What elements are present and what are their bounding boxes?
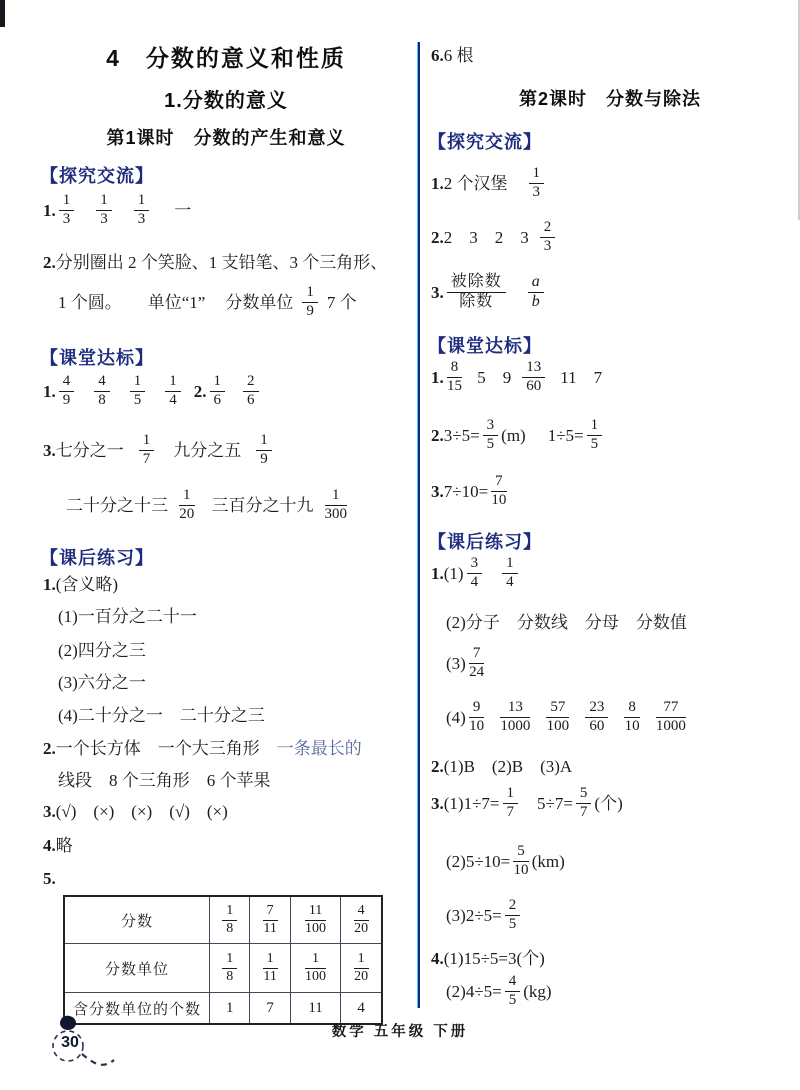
table-row-label: 分数 — [64, 896, 210, 944]
fraction: 2360 — [585, 700, 608, 735]
answer-line: 1.131313一 — [43, 195, 191, 230]
section-header-explore: 【探究交流】 — [40, 162, 154, 188]
answer-text: 4 — [357, 1000, 365, 1016]
answer-line: 3.(1)1÷7=175÷7=57(个) — [431, 788, 623, 823]
fraction: 19 — [302, 285, 318, 320]
answer-text: (2)分子 分数线 分母 分数值 — [446, 613, 687, 632]
answer-text: 2 3 2 3 — [444, 228, 529, 247]
answer-text: 一 — [174, 201, 191, 220]
answer-text: 单位“1” — [148, 293, 206, 312]
answer-line: 3.7÷10=710 — [431, 476, 510, 511]
answer-line: 3.(√) (×) (×) (√) (×) — [43, 801, 228, 822]
answer-line: (4)二十分之一 二十分之三 — [58, 705, 265, 726]
item-number: 3. — [43, 441, 56, 460]
dashed-trail — [82, 1054, 114, 1065]
item-number: 1. — [43, 201, 56, 220]
fraction: 771000 — [656, 700, 686, 735]
fraction: 17 — [139, 433, 155, 468]
fraction: 815 — [447, 360, 463, 395]
answer-text: (√) (×) (×) (√) (×) — [56, 802, 228, 821]
table-row-label: 分数单位 — [64, 944, 210, 993]
answer-line: 1.(含义略) — [43, 574, 118, 595]
answer-text: 3÷5= — [444, 426, 480, 445]
fraction: 13 — [96, 193, 112, 228]
column-divider — [417, 42, 420, 1008]
page-number: 30 — [38, 1012, 148, 1084]
item-number: 2. — [431, 426, 444, 445]
left-column: 4 分数的意义和性质 1.分数的意义 第1课时 分数的产生和意义 【探究交流】 … — [40, 40, 412, 1040]
fraction: 710 — [491, 474, 507, 509]
answer-text: (3)2÷5= — [446, 906, 502, 925]
fraction: 57 — [576, 786, 592, 821]
answer-line: 4.略 — [43, 835, 73, 856]
answer-text: (1)15÷5=3(个) — [444, 949, 545, 968]
answer-line: (3)六分之一 — [58, 672, 146, 693]
item-number: 3. — [43, 802, 56, 821]
answer-line: 1 个圆。单位“1”分数单位197 个 — [58, 287, 357, 322]
answer-text: (2)4÷5= — [446, 982, 502, 1001]
lesson-title: 第2课时 分数与除法 — [428, 85, 792, 111]
unit-title: 1.分数的意义 — [40, 84, 412, 113]
answer-line: 3.七分之一17九分之五19 — [43, 435, 275, 470]
answer-line: (2)四分之三 — [58, 640, 146, 661]
answer-text: 7÷10= — [444, 482, 488, 501]
fraction: 13 — [134, 193, 150, 228]
answer-text: (2)5÷10= — [446, 852, 510, 871]
right-column: 6.6 根 第2课时 分数与除法 【探究交流】 1.2 个汉堡13 2.2 3 … — [428, 40, 792, 1040]
answer-text: (3)六分之一 — [58, 673, 146, 692]
fraction: 15 — [587, 418, 603, 453]
fraction: 25 — [505, 898, 521, 933]
fraction: 910 — [469, 700, 485, 735]
answer-text: 九分之五 — [173, 441, 241, 460]
item-number: 3. — [431, 283, 444, 302]
fraction: 18 — [222, 952, 237, 984]
answer-line: (3)2÷5=25 — [446, 900, 523, 935]
answer-text: (1)B (2)B (3)A — [444, 757, 572, 776]
item-number: 5. — [43, 869, 56, 888]
item-number: 3. — [431, 794, 444, 813]
fraction: 57100 — [546, 700, 569, 735]
section-header-class: 【课堂达标】 — [428, 332, 542, 358]
answer-line: 线段 8 个三角形 6 个苹果 — [58, 770, 271, 791]
fraction: 16 — [210, 374, 226, 409]
answer-text: (含义略) — [56, 575, 118, 594]
answer-text: (1)1÷7= — [444, 794, 500, 813]
fraction: 26 — [243, 374, 259, 409]
item-number: 2. — [43, 253, 56, 272]
fraction: 1300 — [325, 488, 348, 523]
answer-text: (个) — [594, 794, 622, 813]
answer-text: (3) — [446, 654, 466, 673]
table-cell: 11100 — [290, 896, 340, 944]
item-number: 2. — [431, 757, 444, 776]
answer-text: (m) — [501, 426, 526, 445]
answer-line: 2.(1)B (2)B (3)A — [431, 756, 572, 777]
fraction: 810 — [624, 700, 640, 735]
item-number: 1. — [431, 368, 444, 387]
answer-text: 7 个 — [327, 293, 357, 312]
item-number: 1. — [431, 174, 444, 193]
answer-text: 七分之一 — [56, 441, 124, 460]
answer-text: 略 — [56, 836, 73, 855]
fraction: 14 — [165, 374, 181, 409]
fraction: 1360 — [522, 360, 545, 395]
answer-text: 5 9 — [477, 368, 511, 387]
item-number: 2. — [431, 228, 444, 247]
answer-line: 2.3÷5=35(m)1÷5=15 — [431, 420, 605, 455]
answer-text: 7 — [266, 1000, 274, 1016]
answer-text: (1) — [444, 564, 464, 583]
answer-text: (2)四分之三 — [58, 641, 146, 660]
lesson-title: 第1课时 分数的产生和意义 — [40, 124, 412, 150]
fraction: 420 — [354, 904, 369, 936]
answer-line: 5. — [43, 868, 56, 889]
item-number: 4. — [43, 836, 56, 855]
fraction: 45 — [505, 974, 521, 1009]
fraction: 724 — [469, 646, 485, 681]
answer-text: 6 根 — [444, 46, 474, 65]
section-header-explore: 【探究交流】 — [428, 128, 542, 154]
fraction: 23 — [540, 220, 556, 255]
fraction-units-table: 分数1871111100420分数单位181111100120含分数单位的个数1… — [63, 895, 383, 1025]
answer-line: 1.2 个汉堡13 — [431, 168, 547, 203]
table-cell: 18 — [210, 944, 250, 993]
answer-text: 二十分之十三 — [66, 496, 168, 515]
answer-text: 一个长方体 一个大三角形 — [56, 739, 277, 758]
fraction: 510 — [513, 844, 529, 879]
item-number: 2. — [43, 739, 56, 758]
item-number: 1. — [43, 575, 56, 594]
fraction: 11100 — [305, 904, 326, 936]
section-header-homework: 【课后练习】 — [428, 528, 542, 554]
answer-text: 分别圈出 2 个笑脸、1 支铅笔、3 个三角形、 — [56, 253, 388, 272]
answer-text: 11 7 — [560, 368, 602, 387]
answer-text: 一条最长的 — [277, 739, 362, 758]
fraction: 18 — [222, 904, 237, 936]
answer-text: 2 个汉堡 — [444, 174, 508, 193]
table-cell: 1100 — [290, 944, 340, 993]
answer-line: 3.被除数除数ab — [431, 276, 547, 313]
fraction: 711 — [263, 904, 278, 936]
answer-text: (1)一百分之二十一 — [58, 607, 197, 626]
table-cell: 120 — [341, 944, 382, 993]
answer-line: 4.(1)15÷5=3(个) — [431, 948, 545, 969]
answer-line: (4)910131000571002360810771000 — [446, 702, 689, 737]
answer-line: 1.8155 9136011 7 — [431, 362, 602, 397]
answer-text: 线段 8 个三角形 6 个苹果 — [58, 771, 271, 790]
answer-text: 5÷7= — [537, 794, 573, 813]
fraction: 17 — [503, 786, 519, 821]
answer-line: 2.分别圈出 2 个笑脸、1 支铅笔、3 个三角形、 — [43, 252, 387, 273]
item-number: 1. — [431, 564, 444, 583]
fraction: 48 — [94, 374, 110, 409]
answer-line: (1)一百分之二十一 — [58, 606, 197, 627]
answer-text: (4)二十分之一 二十分之三 — [58, 706, 265, 725]
section-header-class: 【课堂达标】 — [40, 344, 154, 370]
answer-text: 三百分之十九 — [212, 496, 314, 515]
fraction: ab — [528, 274, 544, 311]
answer-line: 6.6 根 — [431, 45, 474, 66]
item-number: 4. — [431, 949, 444, 968]
answer-line: (2)分子 分数线 分母 分数值 — [446, 612, 687, 633]
answer-line: (2)4÷5=45(kg) — [446, 976, 552, 1011]
answer-text: 1 — [226, 1000, 234, 1016]
answer-text: (kg) — [523, 982, 551, 1001]
fraction: 14 — [502, 556, 518, 591]
table-cell: 111 — [250, 944, 290, 993]
answer-line: 1.494815142.1626 — [43, 376, 262, 411]
answer-line: (2)5÷10=510(km) — [446, 846, 565, 881]
item-number: 1. — [43, 382, 56, 401]
table-cell: 18 — [210, 896, 250, 944]
fraction: 1100 — [305, 952, 326, 984]
fraction: 13 — [59, 193, 75, 228]
section-header-homework: 【课后练习】 — [40, 544, 154, 570]
answer-line: (3)724 — [446, 648, 487, 683]
fraction: 19 — [256, 433, 272, 468]
fraction: 111 — [263, 952, 278, 984]
table-cell: 711 — [250, 896, 290, 944]
fraction: 49 — [59, 374, 75, 409]
fraction: 15 — [130, 374, 146, 409]
answer-text: (km) — [532, 852, 565, 871]
answer-text: 1÷5= — [548, 426, 584, 445]
answer-line: 二十分之十三120三百分之十九1300 — [66, 490, 350, 525]
fraction: 120 — [179, 488, 195, 523]
table-row: 分数1871111100420 — [64, 896, 382, 944]
answer-line: 1.(1)3414 — [431, 558, 521, 593]
item-number: 6. — [431, 46, 444, 65]
answer-text: 11 — [308, 1000, 322, 1016]
item-number: 3. — [431, 482, 444, 501]
answer-line: 2.一个长方体 一个大三角形 一条最长的 — [43, 738, 362, 759]
fraction: 131000 — [500, 700, 530, 735]
fraction: 13 — [529, 166, 545, 201]
answer-text: 分数单位 — [225, 293, 293, 312]
answer-text: (4) — [446, 708, 466, 727]
fraction: 120 — [354, 952, 369, 984]
table-cell: 420 — [341, 896, 382, 944]
scanned-workbook-page: 4 分数的意义和性质 1.分数的意义 第1课时 分数的产生和意义 【探究交流】 … — [0, 0, 800, 1090]
chapter-title: 4 分数的意义和性质 — [40, 40, 412, 73]
table-row: 分数单位181111100120 — [64, 944, 382, 993]
answer-text: 1 个圆。 — [58, 293, 122, 312]
fraction: 34 — [467, 556, 483, 591]
answer-line: 2.2 3 2 323 — [431, 222, 558, 257]
item-number: 2. — [194, 382, 207, 401]
scan-artifact — [0, 0, 5, 27]
fraction: 35 — [483, 418, 499, 453]
fraction: 被除数除数 — [447, 274, 506, 311]
